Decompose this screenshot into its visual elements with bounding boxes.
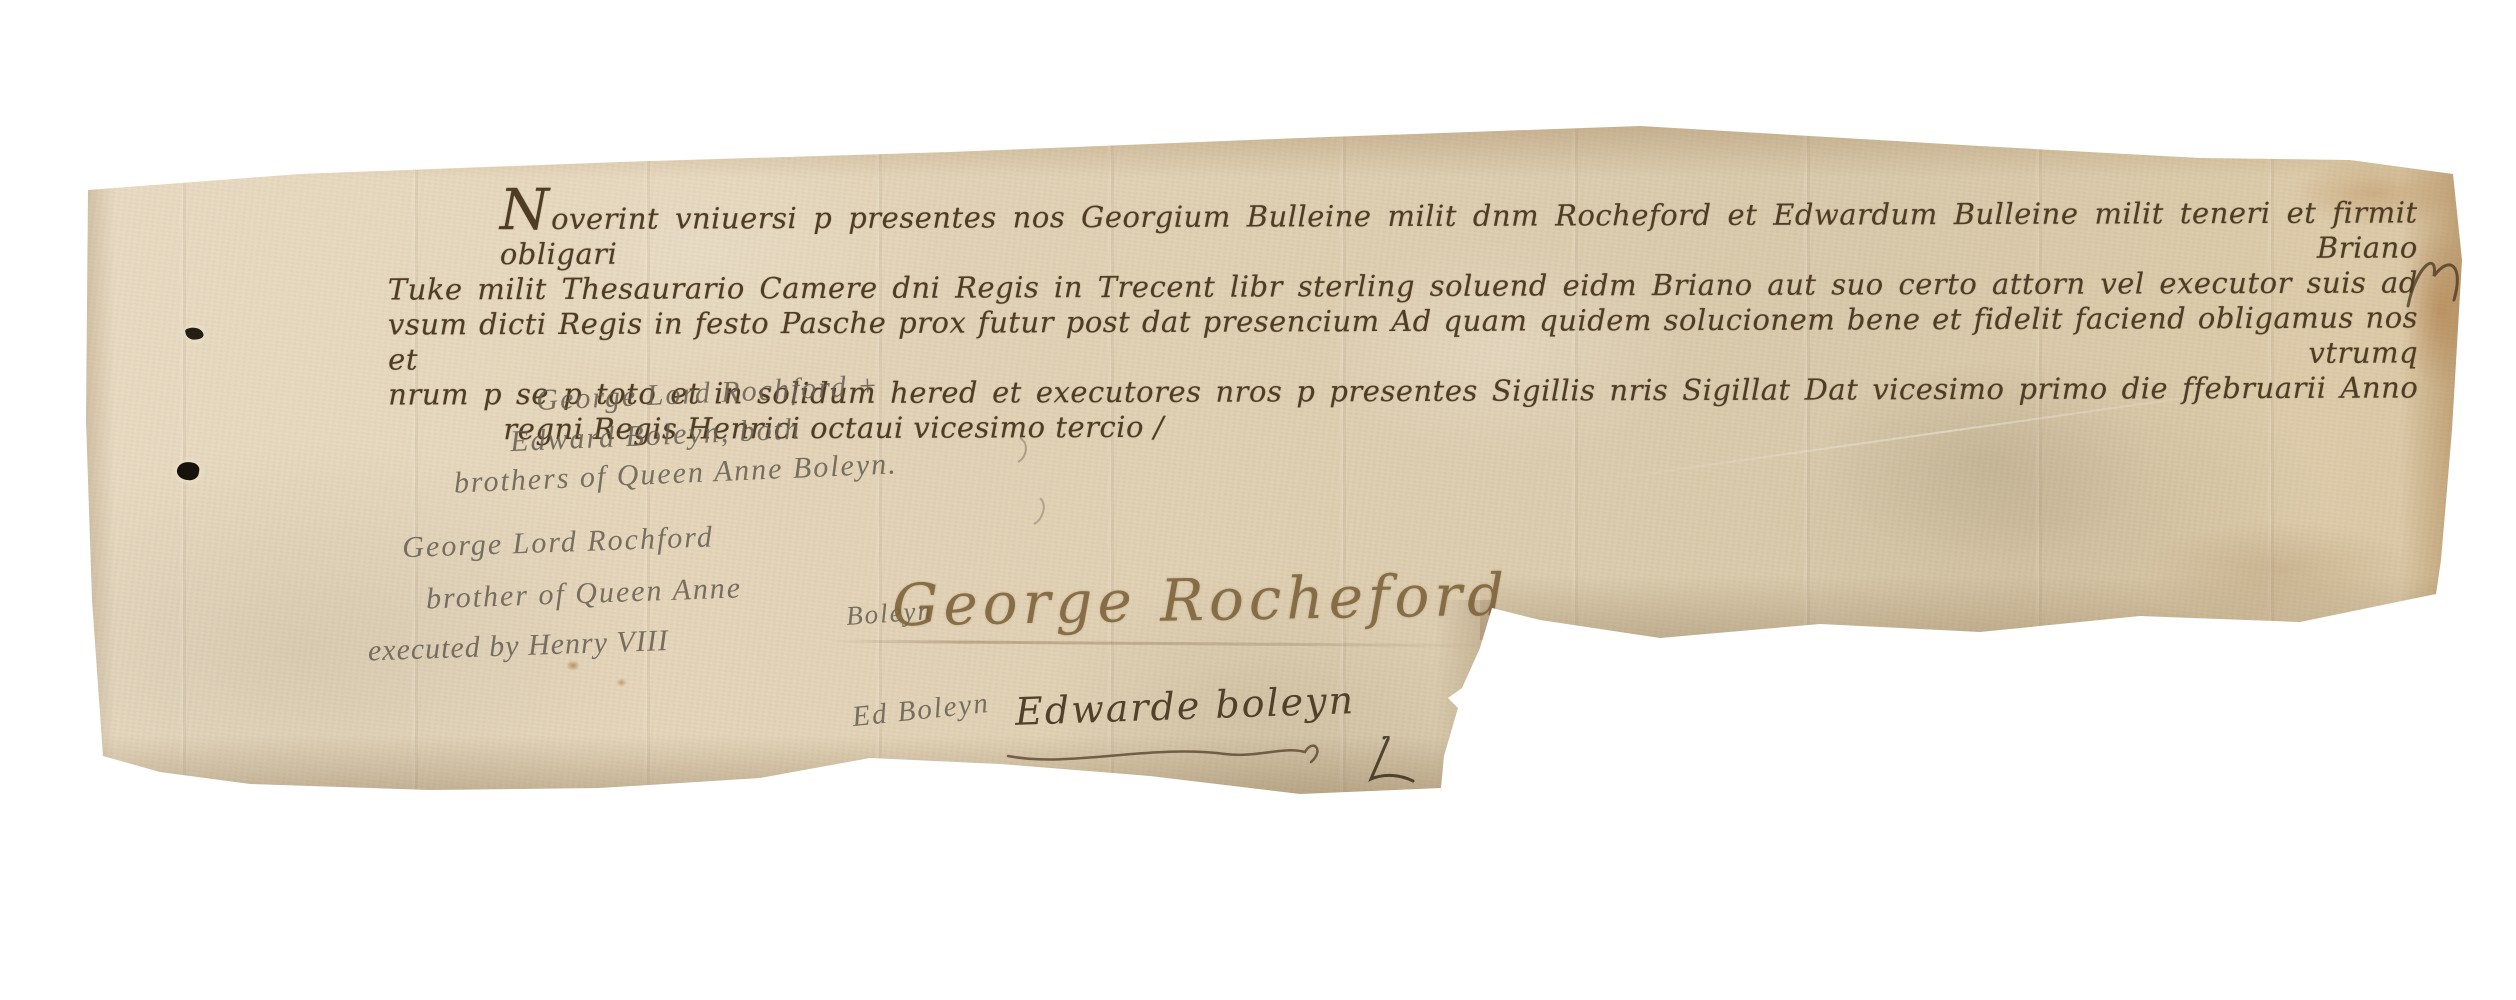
left-edge-tint xyxy=(85,180,115,760)
vertical-fold-creases xyxy=(0,0,2516,1000)
signature-flourish-underline xyxy=(1000,736,1430,798)
pencil-line: executed by Henry VIII xyxy=(367,623,744,666)
worm-hole xyxy=(185,325,205,342)
pencil-annotation-block-2: George Lord Rochford brother of Queen An… xyxy=(364,521,745,666)
horizontal-fold-crease xyxy=(832,640,1492,648)
parchment-grain-texture xyxy=(0,0,2516,1000)
bottom-right-edge-tint xyxy=(1480,575,2450,640)
ink-spot xyxy=(616,678,627,687)
bottom-left-edge-tint xyxy=(85,735,1455,795)
manuscript-line: vsum dicti Regis in festo Pasche prox fu… xyxy=(388,300,2418,377)
parchment-document: Noverint vniuersi p presentes nos Georgi… xyxy=(0,0,2516,1000)
ink-signature-george-rocheford: George Rocheford xyxy=(891,561,1509,640)
ink-signature-edwarde-boleyn: Edwarde boleyn xyxy=(1014,678,1355,734)
pencil-signature-ed-boleyn: Ed Boleyn xyxy=(851,687,992,734)
pencil-line: brother of Queen Anne xyxy=(426,573,743,614)
foxing-stain xyxy=(2140,520,2420,620)
worm-hole xyxy=(176,460,201,482)
pencil-line: George Lord Rochford xyxy=(402,521,741,563)
manuscript-line: Noverint vniuersi p presentes nos Georgi… xyxy=(388,184,2418,272)
top-edge-tint xyxy=(80,120,2460,178)
pencil-annotation-block-1: George Lord Rochford + Edward Boleyn, bo… xyxy=(450,370,898,498)
document-photo: Noverint vniuersi p presentes nos Georgi… xyxy=(0,0,2516,1000)
ink-spot xyxy=(566,660,580,671)
